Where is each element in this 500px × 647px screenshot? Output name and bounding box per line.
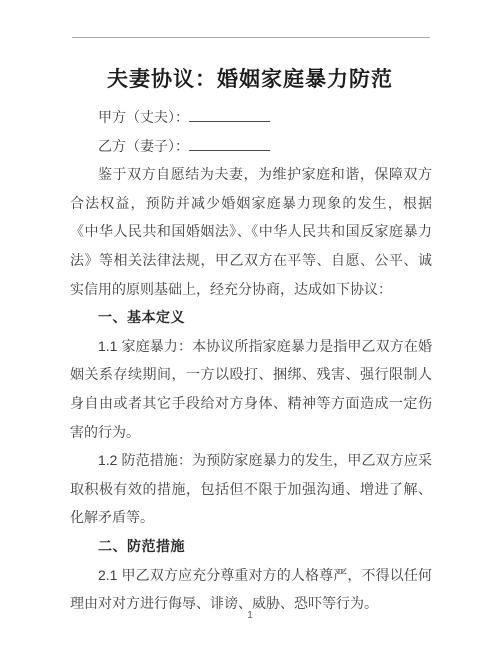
party-b-label: 乙方（妻子）： — [98, 138, 189, 154]
section-2-heading: 二、防范措施 — [70, 532, 432, 561]
document-title: 夫妻协议：婚姻家庭暴力防范 — [0, 63, 500, 93]
page-number: 1 — [0, 610, 500, 621]
party-b-line: 乙方（妻子）： — [70, 132, 432, 161]
section-1-heading: 一、基本定义 — [70, 303, 432, 332]
party-b-fill-blank — [189, 137, 270, 151]
header-divider — [72, 37, 430, 38]
clause-1-1: 1.1 家庭暴力：本协议所指家庭暴力是指甲乙双方在婚姻关系存续期间，一方以殴打、… — [70, 332, 432, 446]
party-a-label: 甲方（丈夫）： — [98, 109, 189, 125]
document-body: 甲方（丈夫）： 乙方（妻子）： 鉴于双方自愿结为夫妻，为维护家庭和谐，保障双方合… — [70, 103, 432, 618]
document-page: 夫妻协议：婚姻家庭暴力防范 甲方（丈夫）： 乙方（妻子）： 鉴于双方自愿结为夫妻… — [0, 0, 500, 647]
preamble-paragraph: 鉴于双方自愿结为夫妻，为维护家庭和谐，保障双方合法权益，预防并减少婚姻家庭暴力现… — [70, 160, 432, 303]
party-a-line: 甲方（丈夫）： — [70, 103, 432, 132]
party-a-fill-blank — [189, 108, 270, 122]
clause-1-2: 1.2 防范措施：为预防家庭暴力的发生，甲乙双方应采取积极有效的措施，包括但不限… — [70, 446, 432, 532]
